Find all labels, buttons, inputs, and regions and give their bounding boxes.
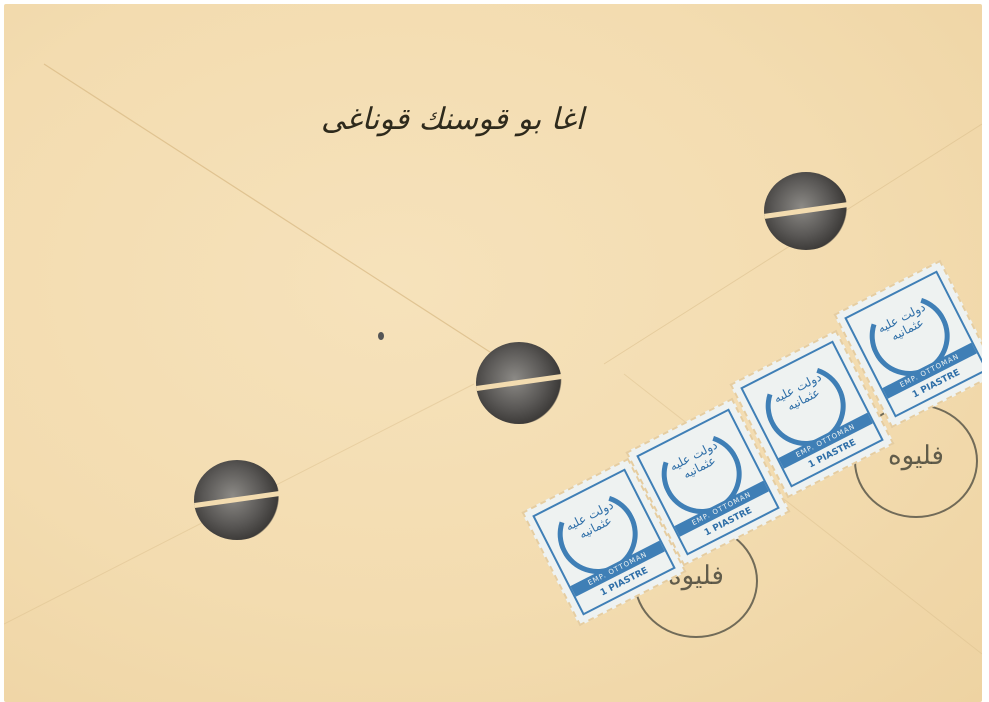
stamp-strip: دولت عليه عثمانيه EMP. OTTOMAN 1 PIASTRE… [4, 4, 982, 702]
envelope: اغا بو قوسنك قوناغى فليوه فليوه دولت علي… [4, 4, 982, 702]
